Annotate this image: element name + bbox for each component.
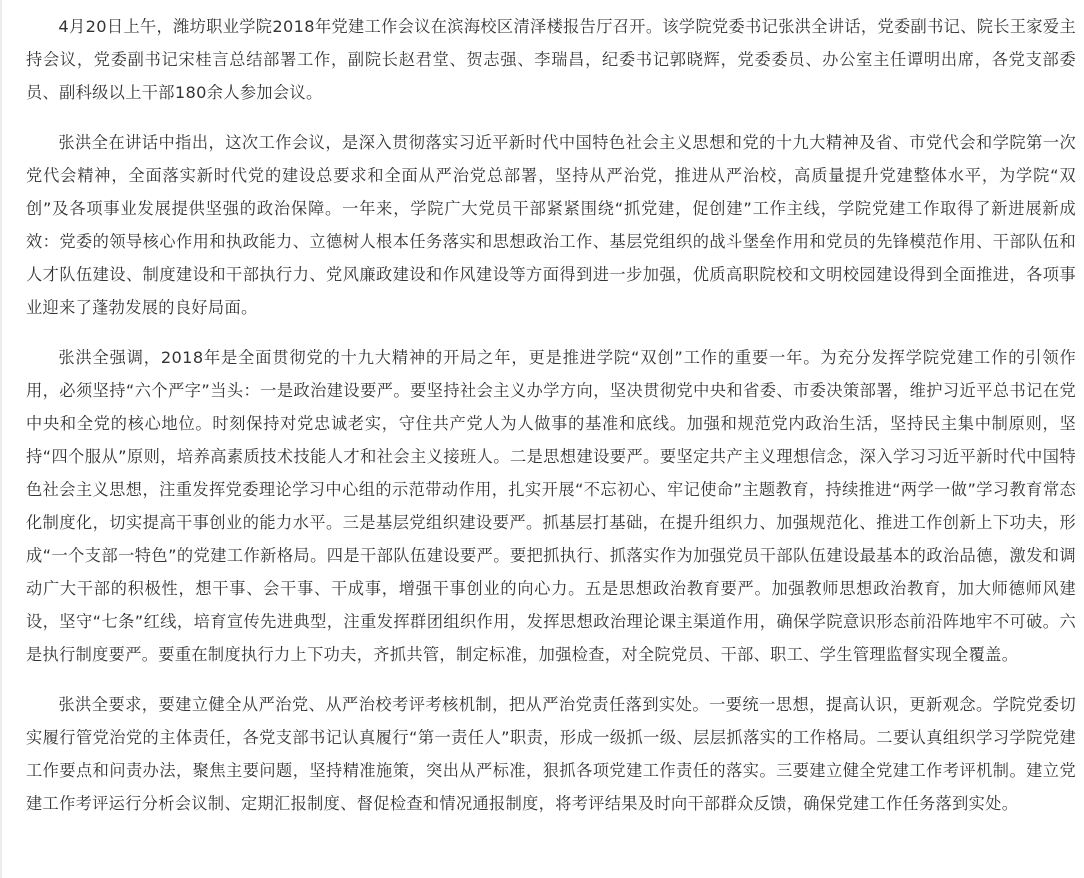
paragraph-requirements: 张洪全要求，要建立健全从严治党、从严治校考评考核机制，把从严治党责任落到实处。一… — [26, 688, 1076, 820]
paragraph-six-strict-points: 张洪全强调，2018年是全面贯彻党的十九大精神的开局之年，更是推进学院“双创”工… — [26, 341, 1076, 671]
paragraph-speech-summary: 张洪全在讲话中指出，这次工作会议，是深入贯彻落实习近平新时代中国特色社会主义思想… — [26, 126, 1076, 324]
left-border-rule — [0, 0, 2, 878]
article-body: 4月20日上午，潍坊职业学院2018年党建工作会议在滨海校区清泽楼报告厅召开。该… — [26, 10, 1076, 837]
paragraph-meeting-intro: 4月20日上午，潍坊职业学院2018年党建工作会议在滨海校区清泽楼报告厅召开。该… — [26, 10, 1076, 109]
